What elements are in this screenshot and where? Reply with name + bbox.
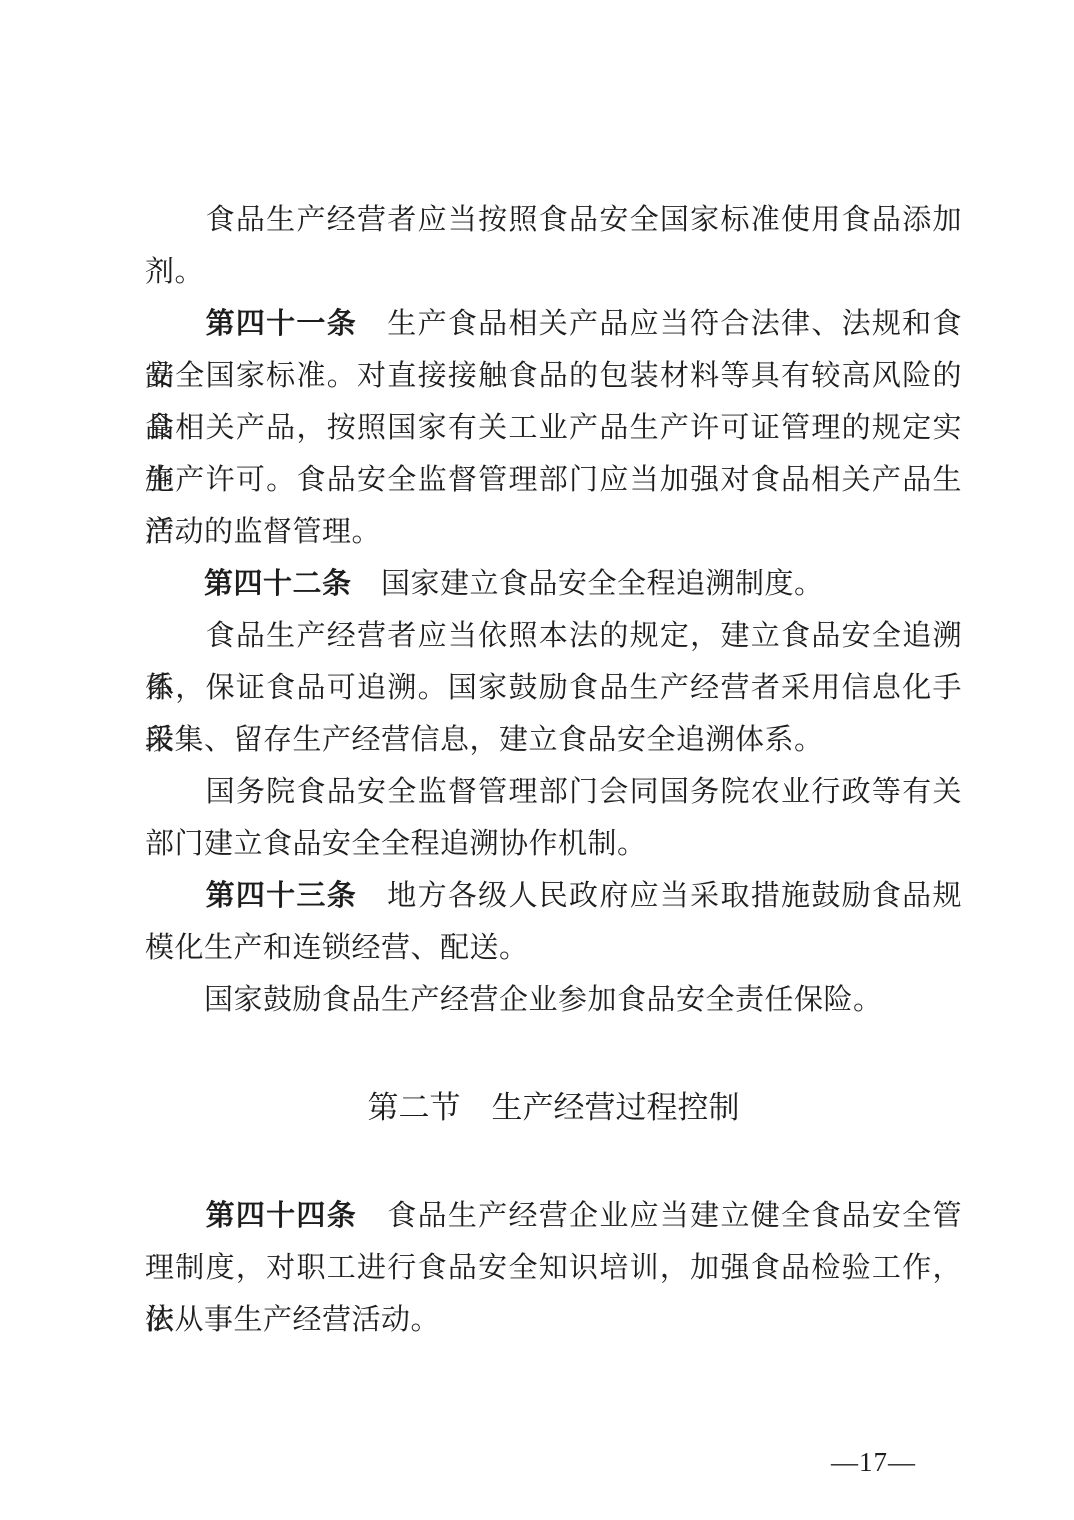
line-text: 食品生产经营企业应当建立健全食品安全管 — [357, 1200, 962, 1232]
line-text: 部门建立食品安全全程追溯协作机制。 — [145, 828, 647, 860]
text-line: 法从事生产经营活动。 — [145, 1294, 962, 1346]
section-heading: 第二节 生产经营过程控制 — [145, 1082, 962, 1134]
text-line: 生产许可。食品安全监督管理部门应当加强对食品相关产品生产 — [145, 454, 962, 506]
line-text: 食品生产经营者应当按照食品安全国家标准使用食品添加 — [145, 204, 962, 236]
line-text: 剂。 — [145, 256, 204, 288]
text-line: 剂。 — [145, 246, 962, 298]
text-line: 采集、留存生产经营信息，建立食品安全追溯体系。 — [145, 714, 962, 766]
text-line: 食品生产经营者应当依照本法的规定，建立食品安全追溯体 — [145, 610, 962, 662]
text-line: 第四十二条 国家建立食品安全全程追溯制度。 — [145, 558, 962, 610]
text-line: 第四十四条 食品生产经营企业应当建立健全食品安全管 — [145, 1190, 962, 1242]
line-text: 活动的监督管理。 — [145, 516, 381, 548]
text-line: 国家鼓励食品生产经营企业参加食品安全责任保险。 — [145, 974, 962, 1026]
text-block: 食品生产经营者应当按照食品安全国家标准使用食品添加 剂。 第四十一条 生产食品相… — [145, 194, 962, 1346]
article-number: 第四十三条 — [145, 880, 357, 912]
text-line: 部门建立食品安全全程追溯协作机制。 — [145, 818, 962, 870]
text-line: 系，保证食品可追溯。国家鼓励食品生产经营者采用信息化手段 — [145, 662, 962, 714]
text-line: 国务院食品安全监督管理部门会同国务院农业行政等有关 — [145, 766, 962, 818]
document-page: 食品生产经营者应当按照食品安全国家标准使用食品添加 剂。 第四十一条 生产食品相… — [0, 0, 1074, 1520]
line-text: 法从事生产经营活动。 — [145, 1304, 440, 1336]
line-text: 国家鼓励食品生产经营企业参加食品安全责任保险。 — [145, 984, 883, 1016]
line-text: 国务院食品安全监督管理部门会同国务院农业行政等有关 — [145, 776, 962, 808]
text-line: 理制度，对职工进行食品安全知识培训，加强食品检验工作，依 — [145, 1242, 962, 1294]
text-line: 第四十一条 生产食品相关产品应当符合法律、法规和食品 — [145, 298, 962, 350]
line-text: 地方各级人民政府应当采取措施鼓励食品规 — [357, 880, 962, 912]
article-number: 第四十二条 — [145, 568, 352, 600]
blank-line — [145, 1026, 962, 1082]
text-line: 品相关产品，按照国家有关工业产品生产许可证管理的规定实施 — [145, 402, 962, 454]
text-line: 第四十三条 地方各级人民政府应当采取措施鼓励食品规 — [145, 870, 962, 922]
text-line: 活动的监督管理。 — [145, 506, 962, 558]
line-text: 采集、留存生产经营信息，建立食品安全追溯体系。 — [145, 724, 824, 756]
line-text: 国家建立食品安全全程追溯制度。 — [352, 568, 824, 600]
page-number: —17— — [831, 1447, 916, 1478]
article-number: 第四十一条 — [145, 308, 357, 340]
text-line: 安全国家标准。对直接接触食品的包装材料等具有较高风险的食 — [145, 350, 962, 402]
article-number: 第四十四条 — [145, 1200, 357, 1232]
blank-line — [145, 1134, 962, 1190]
text-line: 食品生产经营者应当按照食品安全国家标准使用食品添加 — [145, 194, 962, 246]
text-line: 模化生产和连锁经营、配送。 — [145, 922, 962, 974]
line-text: 模化生产和连锁经营、配送。 — [145, 932, 529, 964]
